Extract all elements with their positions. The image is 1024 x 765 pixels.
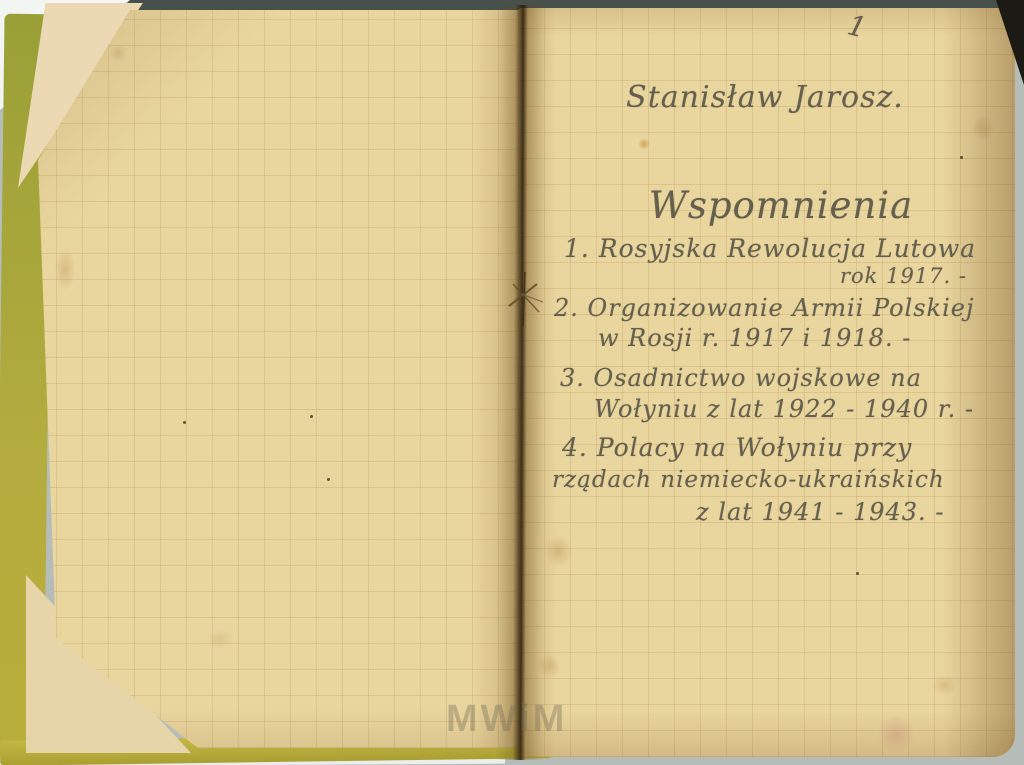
entry-4-line-1: 4. Polacy na Wołyniu przy [562, 433, 912, 462]
right-page: 1 Stanisław Jarosz. Wspomnienia 1. Rosyj… [518, 8, 1015, 757]
notebook-scan: 1 Stanisław Jarosz. Wspomnienia 1. Rosyj… [0, 0, 1024, 765]
entry-1-line-2: rok 1917. - [840, 264, 967, 288]
entry-2-line-1: 2. Organizowanie Armii Polskiej [554, 294, 974, 322]
entry-1-line-1: 1. Rosyjska Rewolucja Lutowa [564, 234, 976, 263]
left-page-shading [30, 10, 520, 748]
entry-4-line-3: z lat 1941 - 1943. - [696, 498, 944, 526]
watermark: MWiM [446, 698, 567, 741]
author-name: Stanisław Jarosz. [560, 80, 970, 115]
binding-thread-icon [503, 272, 547, 326]
entry-4-line-2: rządach niemiecko-ukraińskich [552, 467, 945, 493]
book-spine-crease [496, 5, 547, 760]
entry-3-line-1: 3. Osadnictwo wojskowe na [560, 364, 922, 392]
entry-3-line-2: Wołyniu z lat 1922 - 1940 r. - [594, 395, 974, 423]
left-page [30, 10, 520, 748]
entry-2-line-2: w Rosji r. 1917 i 1918. - [598, 324, 911, 352]
document-title: Wspomnienia [596, 184, 966, 227]
